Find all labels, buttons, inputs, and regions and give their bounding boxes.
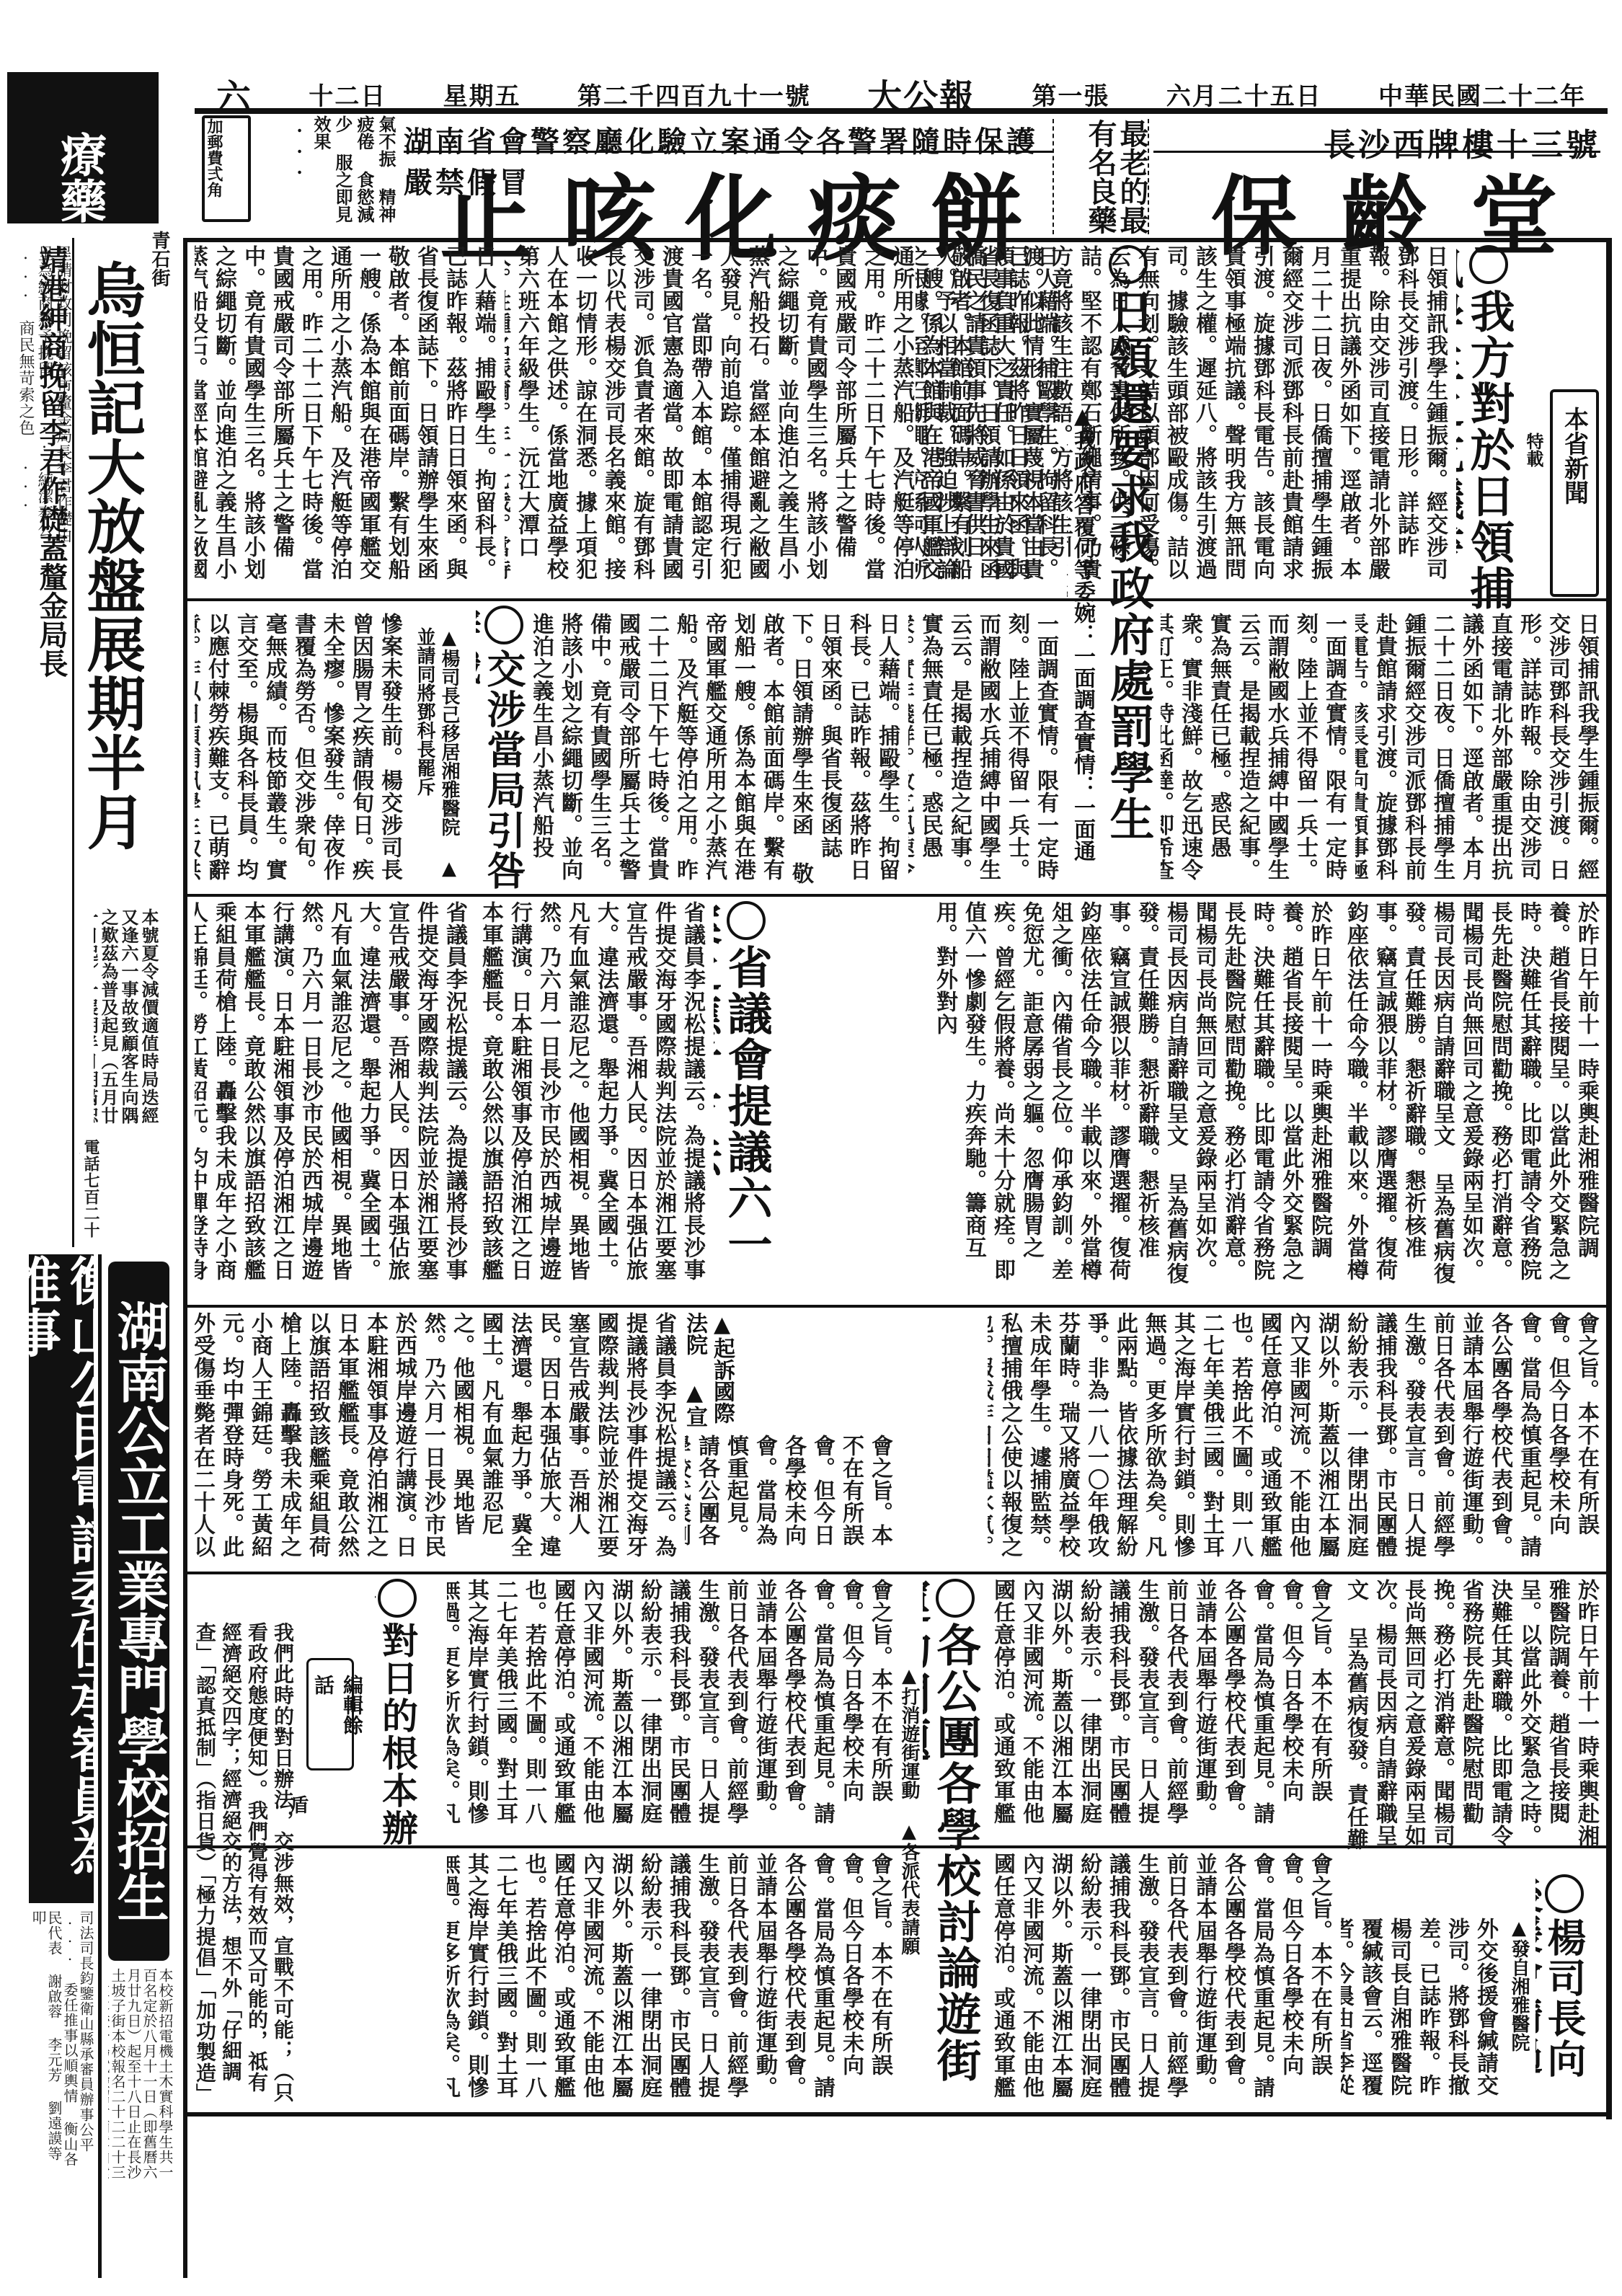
cough-ad-side-note: 最老的最有名良藥 [1052,119,1149,234]
article-resign-cont-body: 於昨日午前十一時乘輿赴湘雅醫院調養。趙省長接閱呈。以當此外交緊急之時。決難任其辭… [1341,901,1600,1298]
small-box-ad-text: 加郵費弍角 [205,118,223,212]
masthead-date: 六月二十五日 [1166,76,1322,112]
masthead-weekday: 星期五 [443,76,521,112]
editorial-body: 我們此時的對日辦法，交涉無效，宣戰不可能；（只看政府態度便知）。我們覺得有效而又… [195,1622,296,2105]
masthead-edition: 第一張 [1032,76,1109,112]
article-japan-demand-headline: 日領還要求我政府處罰學生 [1096,245,1153,879]
article-protest-headline: 我方對於日領捕訊學生之抗議書 [1456,245,1514,620]
section-label-box: 本省新聞 [1550,389,1599,597]
shop-ad-name: 保齡堂 [1153,148,1600,238]
row-rule-2 [187,894,1608,897]
row-rule-1 [187,598,1608,601]
ad-divider [98,1254,102,2278]
article-yang-body-prev: 於昨日午前十一時乘輿赴湘雅醫院調養。趙省長接閱呈。以當此外交緊急之時。決難任其辭… [1341,1579,1600,1867]
retain-notice-title: 靖港紳商挽留李君作礎蓋釐金局長 [36,245,72,764]
row-rule-4 [187,1572,1608,1574]
circle-bullet-icon [727,901,766,940]
petition-ad-text: 司法司長鈞鑒衛山縣承審員辦事公平 ... 委任推事以順輿情 衡山各民代表 謝啟蓉… [29,1910,94,2170]
article-assembly-subhead: ▲起訴國際法院 ▲宣布江面戒嚴 [685,1312,735,1427]
circle-bullet-icon [936,1579,975,1618]
article-resign-body-prev: 日人藉端。捕毆學生。拘留科長。已誌昨報。茲將昨日日領來函。與省長復函誌下。日領請… [533,613,901,887]
article-schools-headline: 各公團各學校討論遊街運動問題 [923,1579,980,2112]
circle-bullet-icon [1469,245,1508,284]
small-box-ad: 加郵費弍角 [202,115,251,222]
right-page-border [1606,238,1612,2119]
left-corner-ad-title: 療藥 [46,131,112,223]
circle-bullet-icon [484,606,523,644]
article-japan-demand-subhead: ▲我政府答覆何等委婉：一面調查實情：一面通令更正：並取締報紙 [1067,404,1096,879]
article-schools-body-bottom: 會之旨。本不在有所誤會。但今日各學校未向會。當局為慎重起見。請各公團各學校代表到… [988,1853,1334,2105]
ads-bottom-rule [187,238,1608,242]
article-japan-demand-body-cont: 日人藉端。捕毆學生。拘留科長。已誌昨報。茲將昨日日領來函。與省長復函誌下。日領請… [195,245,497,591]
article-misc-body: 於昨日午前十一時乘輿赴湘雅醫院調養。趙省長接閱呈。以當此外交緊急之時。決難任其辭… [779,901,1334,1298]
article-yang-headline: 楊司長向後援會請過 [1535,1874,1586,2112]
masthead-issue: 第二千四百九十一號 [577,76,811,112]
article-resign-body: 慘案未發生前。楊交涉司長曾因腸胃之疾請假旬日。疾未全瘳。慘案發生。倖夜作書覆為勞… [195,613,404,887]
article-schools-body-left2: 會之旨。本不在有所誤會。但今日各學校未向會。當局為慎重起見。請各公團各學校代表到… [447,1853,894,2105]
masthead: 中華民國二十二年 六月二十五日 第一張 大公報 第二千四百九十一號 星期五 十二… [216,79,1586,108]
article-assembly-body: 省議員李況松提議云。為提議將長沙事件提交海牙國際裁判法院並於湘江要塞宣告戒嚴事。… [476,901,706,1298]
masthead-rule [195,108,1608,114]
shop-sale-phone: 電話七百二十八號 [79,1139,101,1240]
article-japan-demand-body: 日人藉端。捕毆學生。拘留科長。已誌昨報。茲將昨日日領來函。與省長復函誌下。日領請… [505,245,1060,591]
circle-bullet-icon [1109,245,1148,284]
editorial-headline: 對日的根本辦法 [375,1579,418,1853]
section-label-title: 本省新聞 [1557,407,1592,580]
circle-bullet-icon [378,1579,417,1618]
petition-ad-title: 衡山公民電請委任承審員為推事 [29,1254,94,1903]
row-rule-3 [187,1305,1608,1308]
article-schools-subhead: ▲打消遊街運動 ▲各派代表請願 [901,1665,923,2098]
shop-sale-title: 烏恒記大放盤展期半月 [79,260,144,908]
left-inner-divider [72,238,74,1247]
article-resign-subhead: ▲楊司長己移居湘雅醫院 ▲並請同將鄧科長罷斥 [404,627,461,887]
circle-bullet-icon [1545,1874,1584,1913]
page-bottom-rule [187,2112,1608,2117]
cough-ad-product: 止咳化痰餅 [404,144,1052,238]
article-assembly-headline: 省議會提議六一案之應付方法 [714,901,771,1305]
article-schools-body-left: 會之旨。本不在有所誤會。但今日各學校未向會。當局為慎重起見。請各公團各學校代表到… [447,1579,894,1838]
article-assembly-body-cont: 省議員李況松提議云。為提議將長沙事件提交海牙國際裁判法院並於湘江要塞宣告戒嚴事。… [195,901,469,1298]
article-resign-headline: 交涉當局引咎辭職 [476,606,526,894]
editorial-column-label-box: 編輯餘話 [306,1658,354,1770]
shop-sale-note: 本號夏令減價適值時局迭經又逢六一事故致顧客生向隅之歎茲為普及起見（五月廿一日起）… [94,908,159,1139]
article-yang-subhead: ▲發自湘雅醫院 [1507,1918,1533,2062]
school-ad-text: 本校新招電機土木實科學生共一百名定於八月十一日（即舊曆六月廿九日）起至十八日止在… [108,1968,173,2184]
middle-ad-text: 氣不振 精神疲倦 食慾減少 服之即見效果 ... [252,115,396,223]
article-protest-body-cont: 日領捕訊我學生鍾振爾。經交涉司鄧科長交涉引渡。日形。詳誌昨報。除由交涉司直接電請… [1355,613,1600,887]
left-strip-border [183,238,187,2278]
left-corner-ad: 療藥 [7,72,159,223]
article-yang-body: 外交後援會緘請交涉司。將鄧科長撤差。已誌昨報。昨楊司長自湘雅醫院覆緘該會云。逕覆… [1341,1918,1499,2105]
masthead-era: 中華民國二十二年 [1378,76,1586,112]
editorial-column-label: 編輯餘話 [309,1675,366,1754]
article-schools-body-top: 會之旨。本不在有所誤會。但今日各學校未向會。當局為慎重起見。請各公團各學校代表到… [988,1312,1600,1564]
school-ad-title: 湖南公立工業專門學校招生 [108,1262,169,1961]
article-japan-demand-reply-cont: 一面調查實情。限有一定時刻。陸上並不得留一兵士。而謂敝國水兵捕縛中國學生云云。是… [1161,613,1348,887]
article-schools-body: 會之旨。本不在有所誤會。但今日各學校未向會。當局為慎重起見。請各公團各學校代表到… [988,1579,1334,1838]
article-assembly-body-cont2: 省議員李況松提議云。為提議將長沙事件提交海牙國際裁判法院並於湘江要塞宣告戒嚴事。… [195,1312,678,1564]
section-label-tag: 特載 [1521,433,1546,467]
masthead-day: 十二日 [309,76,386,112]
article-japan-demand-reply: 一面調查實情。限有一定時刻。陸上並不得留一兵士。而謂敝國水兵捕縛中國學生云云。是… [908,613,1060,887]
article-schools-body-side: 會之旨。本不在有所誤會。但今日各學校未向會。當局為慎重起見。請各公團各學校代表到… [685,1435,894,1564]
